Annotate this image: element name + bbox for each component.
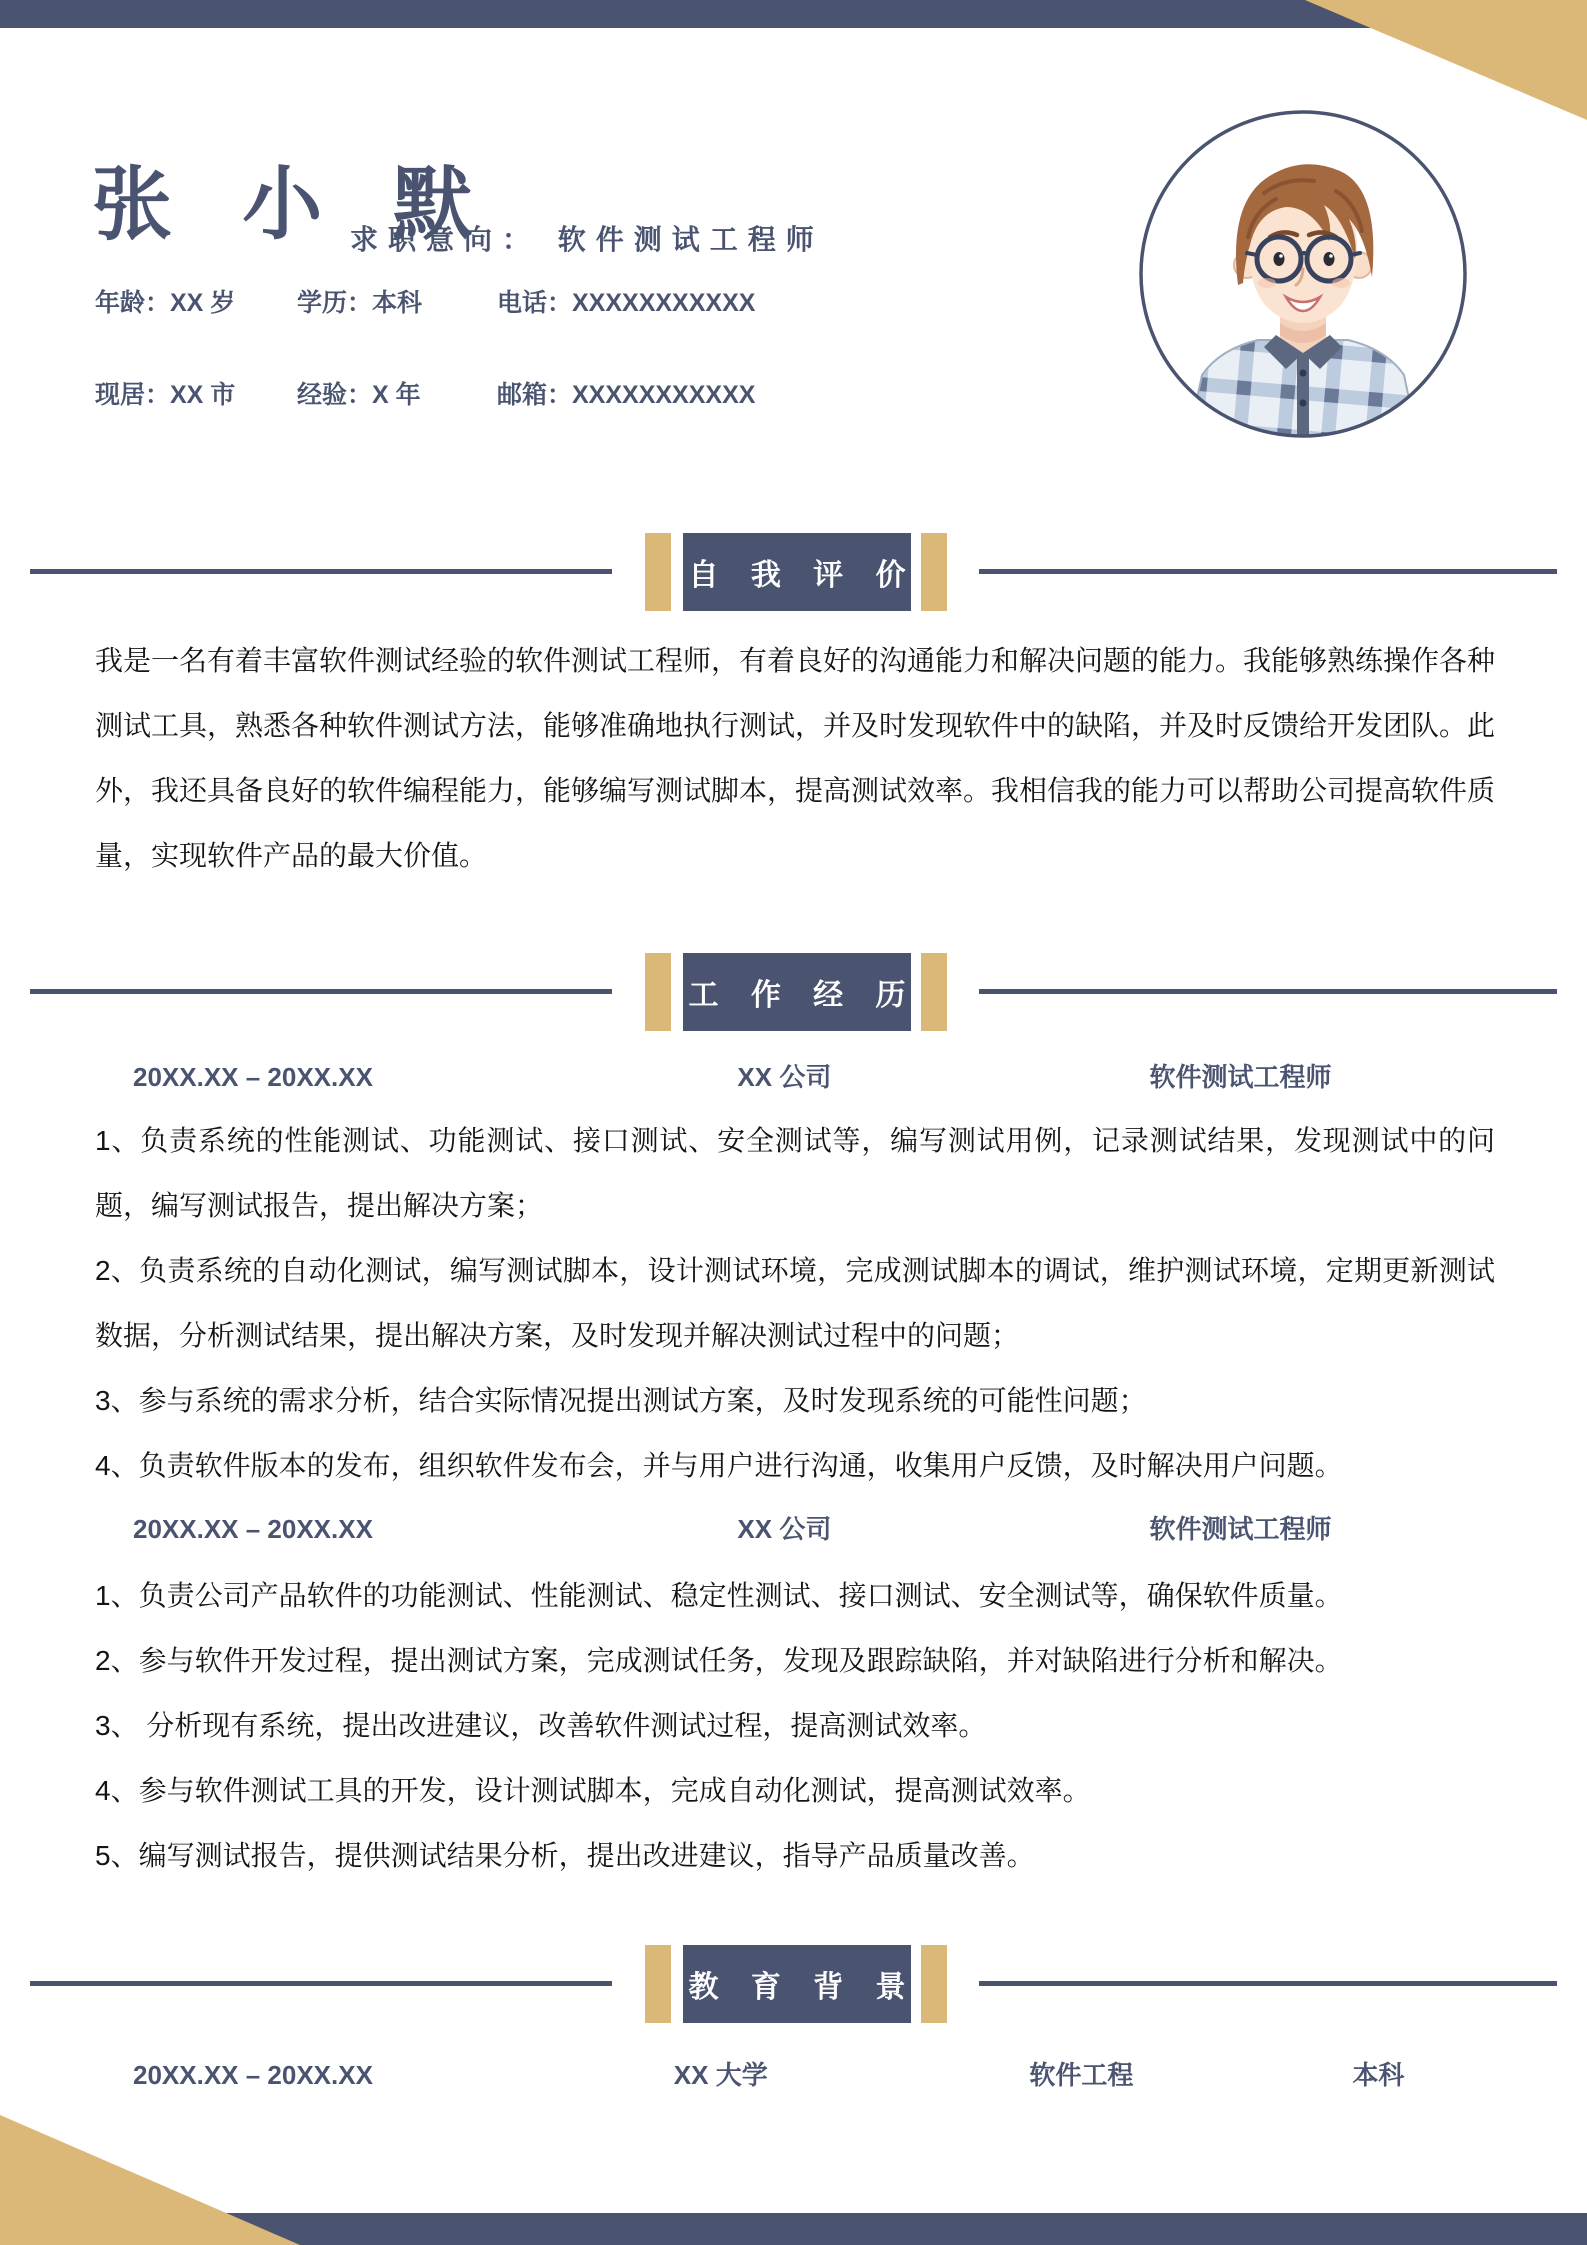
section-title-self-evaluation: 自 我 评 价 bbox=[683, 533, 911, 611]
section-header-self-evaluation: 自 我 评 价 bbox=[0, 533, 1587, 611]
info-city: 现居：XX 市 bbox=[95, 375, 297, 411]
section-header-education: 教 育 背 景 bbox=[0, 1945, 1587, 2023]
job-duty: 3、 分析现有系统，提出改进建议，改善软件测试过程，提高测试效率。 bbox=[95, 1693, 1495, 1758]
job-duty-list: 1、负责系统的性能测试、功能测试、接口测试、安全测试等，编写测试用例，记录测试结… bbox=[95, 1108, 1495, 1498]
job-period: 20XX.XX – 20XX.XX bbox=[95, 1498, 583, 1560]
job-meta-row: 20XX.XX – 20XX.XX XX 公司 软件测试工程师 bbox=[95, 1046, 1495, 1108]
gold-accent-bar bbox=[921, 953, 947, 1031]
info-age: 年龄：XX 岁 bbox=[95, 283, 297, 319]
job-duty-list: 1、负责公司产品软件的功能测试、性能测试、稳定性测试、接口测试、安全测试等，确保… bbox=[95, 1563, 1495, 1888]
education-degree: 本科 bbox=[1262, 2043, 1495, 2108]
job-duty: 1、负责公司产品软件的功能测试、性能测试、稳定性测试、接口测试、安全测试等，确保… bbox=[95, 1563, 1495, 1628]
basic-info-grid: 年龄：XX 岁 学历：本科 电话：XXXXXXXXXXX 现居：XX 市 经验：… bbox=[95, 283, 755, 411]
divider-line bbox=[30, 1981, 612, 1986]
gold-accent-bar bbox=[645, 953, 671, 1031]
info-experience: 经验：X 年 bbox=[297, 375, 497, 411]
job-duty: 2、参与软件开发过程，提出测试方案，完成测试任务，发现及跟踪缺陷，并对缺陷进行分… bbox=[95, 1628, 1495, 1693]
top-bar bbox=[0, 0, 1371, 28]
top-corner-triangle bbox=[1305, 0, 1587, 120]
bottom-corner-triangle bbox=[0, 2115, 300, 2245]
gold-accent-bar bbox=[921, 1945, 947, 2023]
education-major: 软件工程 bbox=[901, 2043, 1262, 2108]
gold-accent-bar bbox=[921, 533, 947, 611]
job-duty: 3、参与系统的需求分析，结合实际情况提出测试方案，及时发现系统的可能性问题； bbox=[95, 1368, 1495, 1433]
job-duty: 5、编写测试报告，提供测试结果分析，提出改进建议，指导产品质量改善。 bbox=[95, 1823, 1495, 1888]
section-title-education: 教 育 背 景 bbox=[683, 1945, 911, 2023]
divider-line bbox=[30, 989, 612, 994]
info-email: 邮箱：XXXXXXXXXXX bbox=[497, 375, 755, 411]
section-title-work-experience: 工 作 经 历 bbox=[683, 953, 911, 1031]
job-intention: 求职意向： 软件测试工程师 bbox=[350, 218, 824, 258]
job-role: 软件测试工程师 bbox=[986, 1046, 1495, 1108]
section-header-work-experience: 工 作 经 历 bbox=[0, 953, 1587, 1031]
job-duty: 1、负责系统的性能测试、功能测试、接口测试、安全测试等，编写测试用例，记录测试结… bbox=[95, 1108, 1495, 1238]
bottom-bar bbox=[0, 2213, 1587, 2245]
divider-line bbox=[979, 1981, 1557, 1986]
education-row: 20XX.XX – 20XX.XX XX 大学 软件工程 本科 bbox=[95, 2043, 1495, 2108]
job-meta-row: 20XX.XX – 20XX.XX XX 公司 软件测试工程师 bbox=[95, 1498, 1495, 1560]
divider-line bbox=[979, 989, 1557, 994]
job-duty: 4、参与软件测试工具的开发，设计测试脚本，完成自动化测试，提高测试效率。 bbox=[95, 1758, 1495, 1823]
job-role: 软件测试工程师 bbox=[986, 1498, 1495, 1560]
info-education: 学历：本科 bbox=[297, 283, 497, 319]
job-duty: 4、负责软件版本的发布，组织软件发布会，并与用户进行沟通，收集用户反馈，及时解决… bbox=[95, 1433, 1495, 1498]
education-period: 20XX.XX – 20XX.XX bbox=[95, 2043, 540, 2108]
job-company: XX 公司 bbox=[583, 1046, 986, 1108]
job-company: XX 公司 bbox=[583, 1498, 986, 1560]
resume-page: 张 小 默 求职意向： 软件测试工程师 年龄：XX 岁 学历：本科 电话：XXX… bbox=[0, 0, 1587, 2245]
gold-accent-bar bbox=[645, 1945, 671, 2023]
education-school: XX 大学 bbox=[540, 2043, 901, 2108]
gold-accent-bar bbox=[645, 533, 671, 611]
job-duty: 2、负责系统的自动化测试，编写测试脚本，设计测试环境，完成测试脚本的调试，维护测… bbox=[95, 1238, 1495, 1368]
divider-line bbox=[30, 569, 612, 574]
self-evaluation-text: 我是一名有着丰富软件测试经验的软件测试工程师，有着良好的沟通能力和解决问题的能力… bbox=[95, 628, 1495, 888]
divider-line bbox=[979, 569, 1557, 574]
avatar bbox=[1136, 107, 1470, 441]
job-period: 20XX.XX – 20XX.XX bbox=[95, 1046, 583, 1108]
avatar-portrait-icon bbox=[1136, 107, 1470, 441]
info-phone: 电话：XXXXXXXXXXX bbox=[497, 283, 755, 319]
